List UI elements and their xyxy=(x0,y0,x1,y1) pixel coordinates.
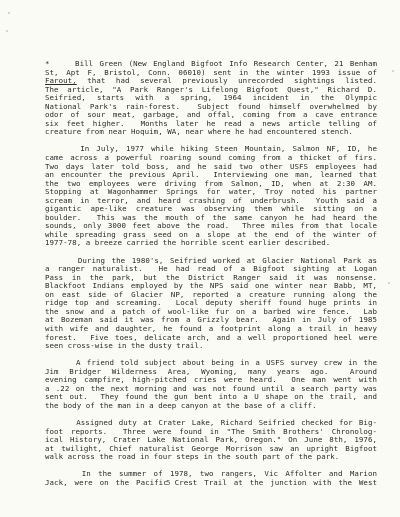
page-number: 5 xyxy=(166,478,170,487)
paragraph-glacier-park: During the 1980's, Seifried worked at Gl… xyxy=(45,257,377,351)
paper-speck xyxy=(388,282,390,284)
text-line: 1977-78, a breeze carried the horrible s… xyxy=(45,239,377,248)
document-body: * Bill Green (New England Bigfoot Info R… xyxy=(45,60,377,496)
paper-speck xyxy=(8,12,10,14)
text-line: walk across the road in four steps in th… xyxy=(45,453,377,462)
document-page: * Bill Green (New England Bigfoot Info R… xyxy=(0,0,400,517)
publication-title: Farout, xyxy=(45,76,77,85)
paragraph-green-farout: * Bill Green (New England Bigfoot Info R… xyxy=(45,60,377,137)
text-line: the body of the man in a deep canyon at … xyxy=(45,402,377,411)
paragraph-crater-lake: Assigned duty at Crater Lake, Richard Se… xyxy=(45,419,377,462)
paragraph-jim-bridger: A friend told subject about being in a U… xyxy=(45,359,377,410)
text-line: creature from near Hoquim, WA, near wher… xyxy=(45,128,377,137)
paper-speck xyxy=(392,70,394,72)
paragraph-pacific-crest: In the summer of 1978, two rangers, Vic … xyxy=(45,470,377,487)
text-line-rest: that had several previously unrecorded s… xyxy=(77,76,377,85)
paper-speck xyxy=(6,30,8,32)
text-line: Jack, were on the Pacific Crest Trail at… xyxy=(45,479,377,488)
text-line: seen cross-wise in the dusty trail. xyxy=(45,342,377,351)
paragraph-steen-mountain: In July, 1977 while hiking Steen Mountai… xyxy=(45,145,377,248)
